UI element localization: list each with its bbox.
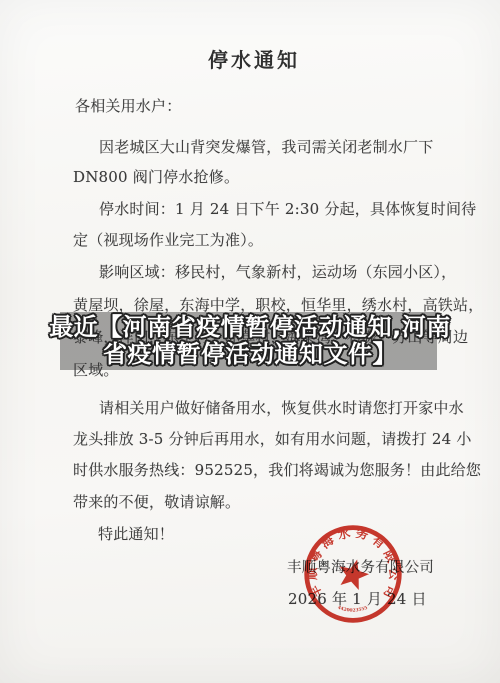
notice-line: 定（视现场作业完工为准）。: [73, 230, 263, 250]
overlay-caption-line1: 最近【河南省疫情暂停活动通知,河南: [40, 314, 460, 341]
notice-line: 请相关用户做好储备用水，恢复供水时请您打开家中水: [99, 398, 464, 418]
overlay-caption: 最近【河南省疫情暂停活动通知,河南 省疫情暂停活动通知文件】: [40, 314, 460, 368]
notice-line-hotline: 龙头排放 3-5 分钟后再用水，如有用水问题，请拨打 24 小: [73, 429, 472, 449]
notice-title: 停水通知: [0, 44, 500, 73]
seal-star-icon: [339, 559, 369, 590]
company-seal-stamp: 丰顺粤海水务有限公司 4420023555: [301, 522, 405, 626]
notice-line: 带来的不便，敬请谅解。: [73, 492, 240, 512]
notice-line-salutation: 各相关用水户：: [75, 96, 181, 116]
seal-company-arc-text: 丰顺粤海水务有限公司: [304, 525, 402, 601]
notice-line-closing: 特此通知！: [98, 524, 174, 544]
notice-line-affected-area: 影响区域：移民村，气象新村，运动场（东园小区），: [99, 262, 456, 282]
notice-line: 因老城区大山背突发爆管，我司需关闭老制水厂下: [99, 137, 433, 157]
seal-company-arc-textpath: 丰顺粤海水务有限公司: [304, 525, 402, 601]
seal-serial-textpath: 4420023555: [337, 605, 369, 613]
seal-serial-text: 4420023555: [337, 605, 369, 613]
notice-line-outage-time: 停水时间：1 月 24 日下午 2:30 分起，具体恢复时间待: [99, 199, 476, 219]
notice-line: DN800 阀门停水抢修。: [73, 167, 239, 187]
notice-line: 时供水服务热线：952525，我们将竭诚为您服务！由此给您: [73, 460, 481, 480]
notice-photo: 停水通知 各相关用水户： 因老城区大山背突发爆管，我司需关闭老制水厂下 DN80…: [0, 0, 500, 683]
overlay-caption-line2: 省疫情暂停活动通知文件】: [40, 341, 460, 368]
